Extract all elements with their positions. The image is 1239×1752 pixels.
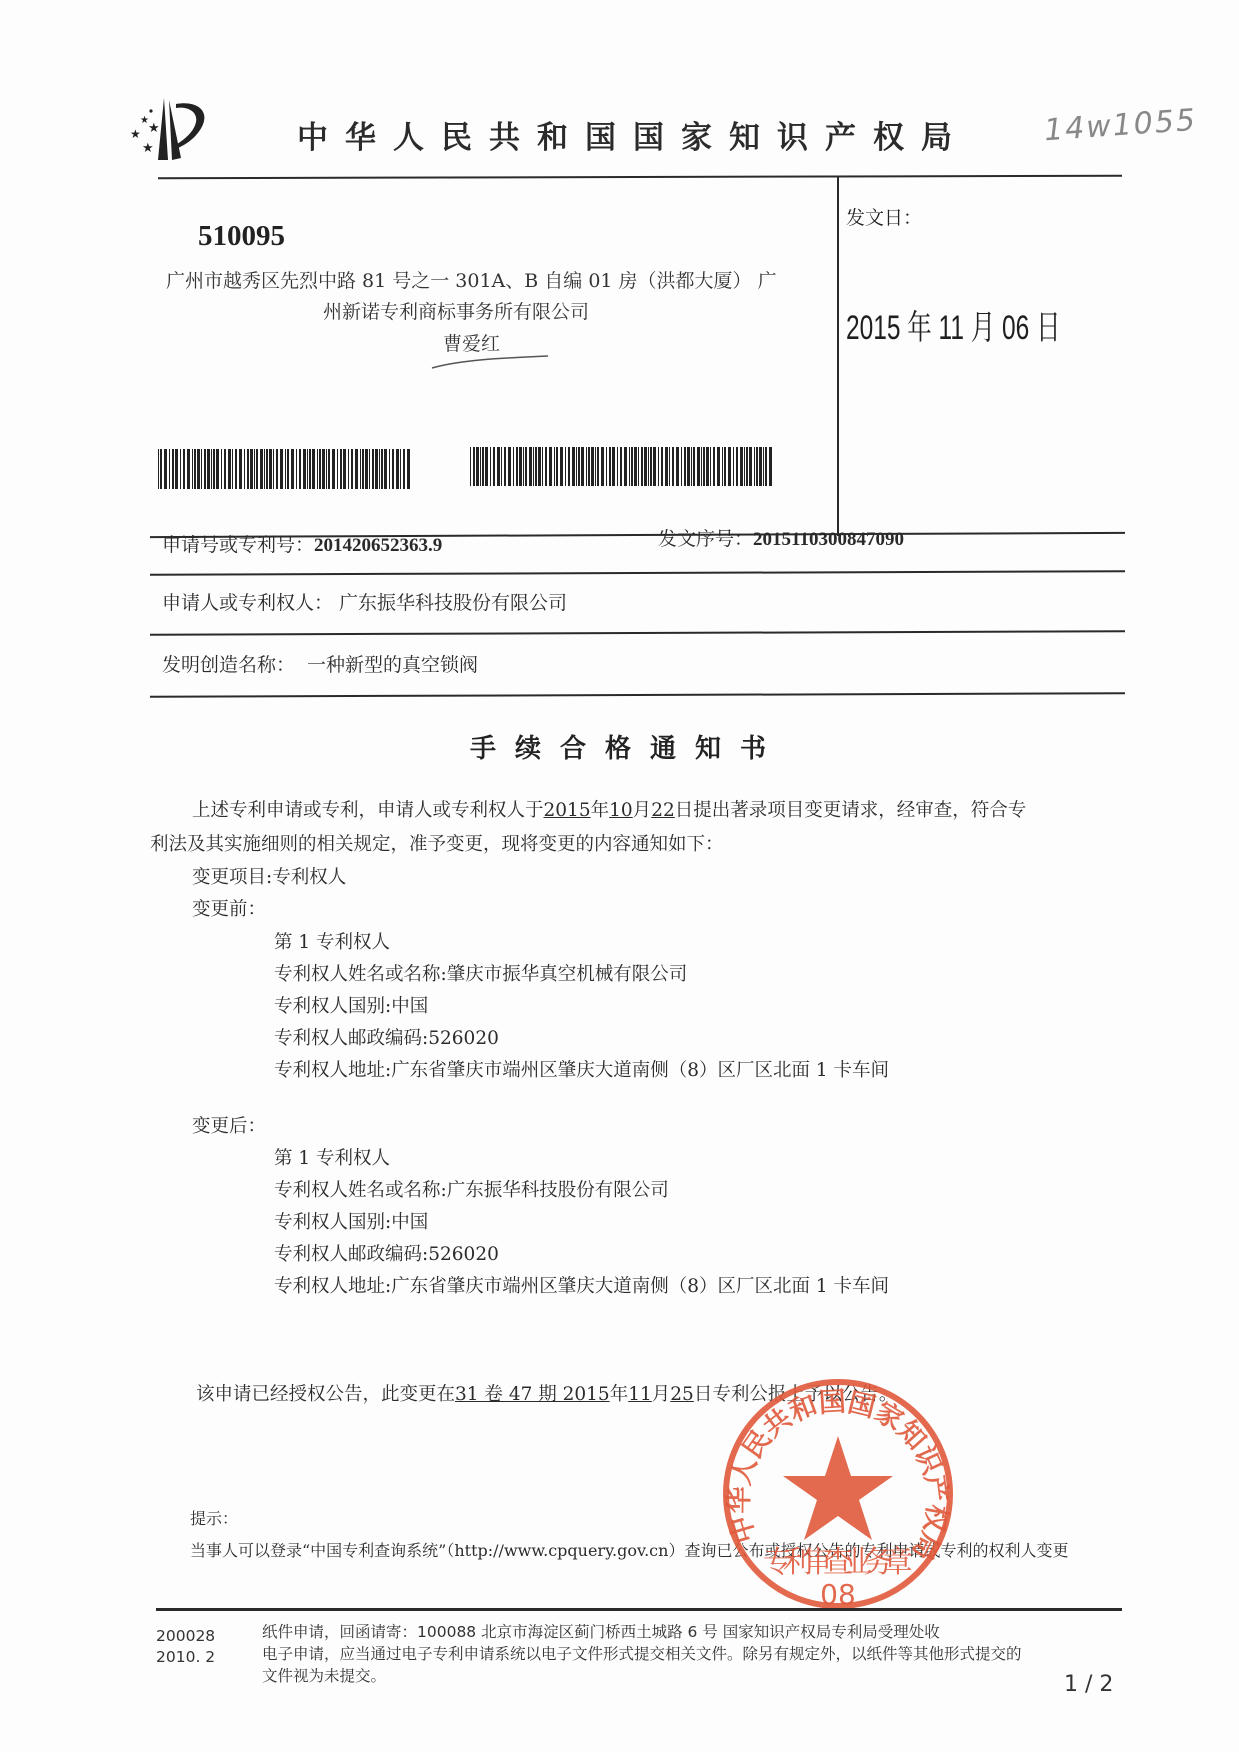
gazette-day: 25 <box>670 1384 694 1405</box>
svg-text:★: ★ <box>148 121 160 136</box>
before-line: 专利权人姓名或名称:肇庆市振华真空机械有限公司 <box>274 960 687 986</box>
announce-text: 月 <box>652 1384 671 1405</box>
after-line: 专利权人地址:广东省肇庆市端州区肇庆大道南侧（8）区厂区北面 1 卡车间 <box>274 1272 889 1298</box>
before-label: 变更前： <box>192 895 266 921</box>
before-line: 专利权人地址:广东省肇庆市端州区肇庆大道南侧（8）区厂区北面 1 卡车间 <box>274 1056 889 1082</box>
form-code: 200028 <box>156 1627 215 1645</box>
serial-number-field: 发文序号：2015110300847090 <box>658 524 904 551</box>
applicant-value: 广东振华科技股份有限公司 <box>339 592 567 614</box>
office-name: 中华人民共和国国家知识产权局 <box>297 112 969 157</box>
seal-number: 08 <box>820 1578 856 1611</box>
before-line: 第 1 专利权人 <box>274 928 390 954</box>
recipient-address-line1: 广州市越秀区先烈中路 81 号之一 301A、B 自编 01 房（洪都大厦） 广 <box>166 266 777 293</box>
seal-inner-text: 专利审查业务章 <box>763 1545 913 1580</box>
intro-text: 月 <box>633 800 652 821</box>
barcode-1 <box>158 449 414 489</box>
footer-line3: 文件视为未提交。 <box>262 1664 386 1686</box>
handwritten-reference: 14w1055 <box>1043 103 1198 149</box>
invention-value: 一种新型的真空锁阀 <box>307 654 478 676</box>
barcode-2 <box>470 447 777 486</box>
invention-label: 发明创造名称： <box>162 654 295 676</box>
field-rule-4 <box>150 692 1125 697</box>
cnipa-logo-icon: ★ ★ ★ ★ <box>128 96 214 162</box>
after-line: 专利权人邮政编码:526020 <box>274 1240 499 1266</box>
dispatch-date-value: 2015 年 11 月 06 日 <box>846 300 1061 349</box>
announce-text: 年 <box>610 1384 629 1405</box>
invention-field: 发明创造名称：一种新型的真空锁阀 <box>162 650 478 677</box>
svg-text:★: ★ <box>130 127 141 141</box>
applicant-field: 申请人或专利权人：广东振华科技股份有限公司 <box>162 588 567 615</box>
application-number-value: 201420652363.9 <box>314 535 442 556</box>
request-day: 22 <box>651 800 675 821</box>
intro-text: 上述专利申请或专利，申请人或专利权人于 <box>192 800 544 821</box>
footer-rule <box>156 1608 1122 1611</box>
announce-text: 该申请已经授权公告，此变更在 <box>196 1384 455 1405</box>
header-rule <box>158 175 1122 180</box>
field-rule-2 <box>150 570 1125 575</box>
change-item: 变更项目:专利权人 <box>192 863 346 889</box>
footer-line1: 纸件申请，回函请寄：100088 北京市海淀区蓟门桥西土城路 6 号 国家知识产… <box>262 1620 940 1642</box>
address-date-divider <box>837 176 839 536</box>
application-number-field: 申请号或专利号：201420652363.9 <box>162 530 442 557</box>
serial-number-label: 发文序号： <box>658 528 753 550</box>
intro-text: 日提出著录项目变更请求，经审查，符合专 <box>675 800 1027 821</box>
before-line: 专利权人邮政编码:526020 <box>274 1024 499 1050</box>
signature-stroke <box>430 352 550 376</box>
field-rule-3 <box>150 630 1125 635</box>
notice-title: 手续合格通知书 <box>470 728 785 765</box>
gazette-month: 11 <box>628 1384 652 1405</box>
request-month: 10 <box>609 800 633 821</box>
before-line: 专利权人国别:中国 <box>274 992 428 1018</box>
after-label: 变更后： <box>192 1112 266 1138</box>
after-line: 第 1 专利权人 <box>274 1144 390 1170</box>
official-seal: 中华人民共和国国家知识产权局 专利审查业务章 08 <box>720 1376 956 1612</box>
dispatch-date-label: 发文日： <box>846 203 922 230</box>
star-icon <box>783 1436 893 1540</box>
applicant-label: 申请人或专利权人： <box>162 592 333 614</box>
serial-number-value: 2015110300847090 <box>753 529 904 550</box>
request-year: 2015 <box>544 800 591 821</box>
intro-text: 年 <box>591 800 610 821</box>
footer-line2: 电子申请，应当通过电子专利申请系统以电子文件形式提交相关文件。除另有规定外，以纸… <box>262 1642 1022 1664</box>
application-number-label: 申请号或专利号： <box>162 534 314 556</box>
after-line: 专利权人国别:中国 <box>274 1208 428 1234</box>
after-line: 专利权人姓名或名称:广东振华科技股份有限公司 <box>274 1176 669 1202</box>
notice-intro-line1: 上述专利申请或专利，申请人或专利权人于2015年10月22日提出著录项目变更请求… <box>192 796 1026 822</box>
hint-label: 提示： <box>190 1506 238 1529</box>
recipient-address-line2: 州新诺专利商标事务所有限公司 <box>323 297 589 324</box>
svg-text:★: ★ <box>142 141 154 156</box>
recipient-postcode: 510095 <box>198 220 285 253</box>
gazette-issue: 31 卷 47 期 2015 <box>455 1384 610 1405</box>
form-version: 2010. 2 <box>156 1648 215 1666</box>
page-number: 1 / 2 <box>1064 1672 1113 1697</box>
notice-intro-line2: 利法及其实施细则的相关规定，准予变更，现将变更的内容通知如下： <box>150 830 724 856</box>
